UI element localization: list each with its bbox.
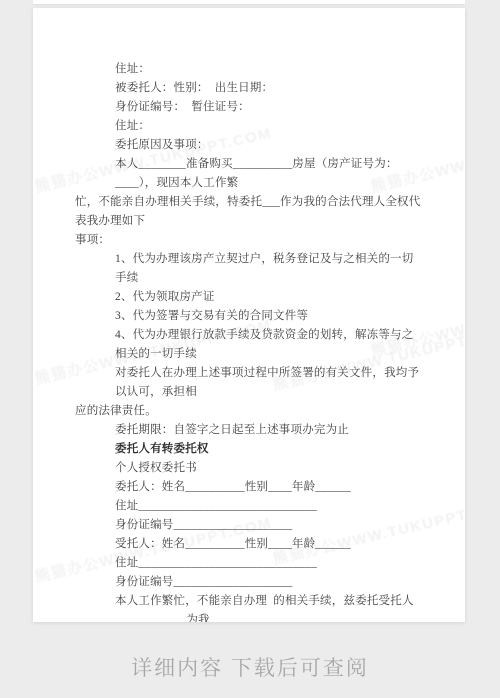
doc-line: 事项： — [75, 231, 421, 250]
doc-line: 应的法律责任。 — [75, 402, 421, 421]
doc-line: 委托原因及事项： — [75, 136, 421, 155]
doc-line: 个人授权委托书 — [75, 459, 421, 478]
doc-line: 被委托人：性别： 出生日期： — [75, 79, 421, 98]
document-page: 熊猫办公WWW.TUKUPPT.COM 熊猫办公WWW.TUKUPPT.COM … — [33, 8, 465, 622]
doc-line: 住址______________________________ — [75, 497, 421, 516]
document-lines: 住址：被委托人：性别： 出生日期：身份证编号： 暂住证号：住址：委托原因及事项：… — [33, 8, 465, 622]
doc-line: 3、代为签署与交易有关的合同文件等 — [75, 307, 421, 326]
doc-line: 1、代为办理该房产立契过户，税务登记及与之相关的一切手续 — [75, 250, 421, 288]
doc-line: 受托人：姓名__________性别____年龄______ — [75, 535, 421, 554]
doc-line: 委托期限：自签字之日起至上述事项办完为止 — [75, 421, 421, 440]
doc-line: 对委托人在办理上述事项过程中所签署的有关文件，我均予以认可，承担相 — [75, 364, 421, 402]
doc-line: 住址______________________________ — [75, 554, 421, 573]
doc-line: 2、代为领取房产证 — [75, 288, 421, 307]
doc-line: 委托人：姓名__________性别____年龄______ — [75, 478, 421, 497]
doc-line: 本人________准备购买__________房屋（房产证号为：____），现… — [75, 155, 421, 193]
doc-line: 委托人有转委托权 — [75, 440, 421, 459]
doc-line: 忙，不能亲自办理相关手续，特委托___作为我的合法代理人全权代表我办理如下 — [75, 193, 421, 231]
doc-line: 身份证编号____________________ — [75, 516, 421, 535]
preview-background: { "colors": { "background": "#ececec", "… — [0, 0, 500, 698]
previous-page-bottom-edge — [33, 0, 465, 4]
doc-line: 住址： — [75, 60, 421, 79]
doc-line: 身份证编号： 暂住证号： — [75, 98, 421, 117]
doc-line: 4、代为办理银行放款手续及贷款资金的划转，解冻等与之相关的一切手续 — [75, 326, 421, 364]
footer-download-hint: 详细内容 下载后可查阅 — [0, 652, 500, 682]
doc-line: 本人工作繁忙，不能亲自办理 的相关手续，兹委托受托人____________为我 — [75, 592, 421, 622]
doc-line: 身份证编号____________________ — [75, 573, 421, 592]
doc-line: 住址： — [75, 117, 421, 136]
